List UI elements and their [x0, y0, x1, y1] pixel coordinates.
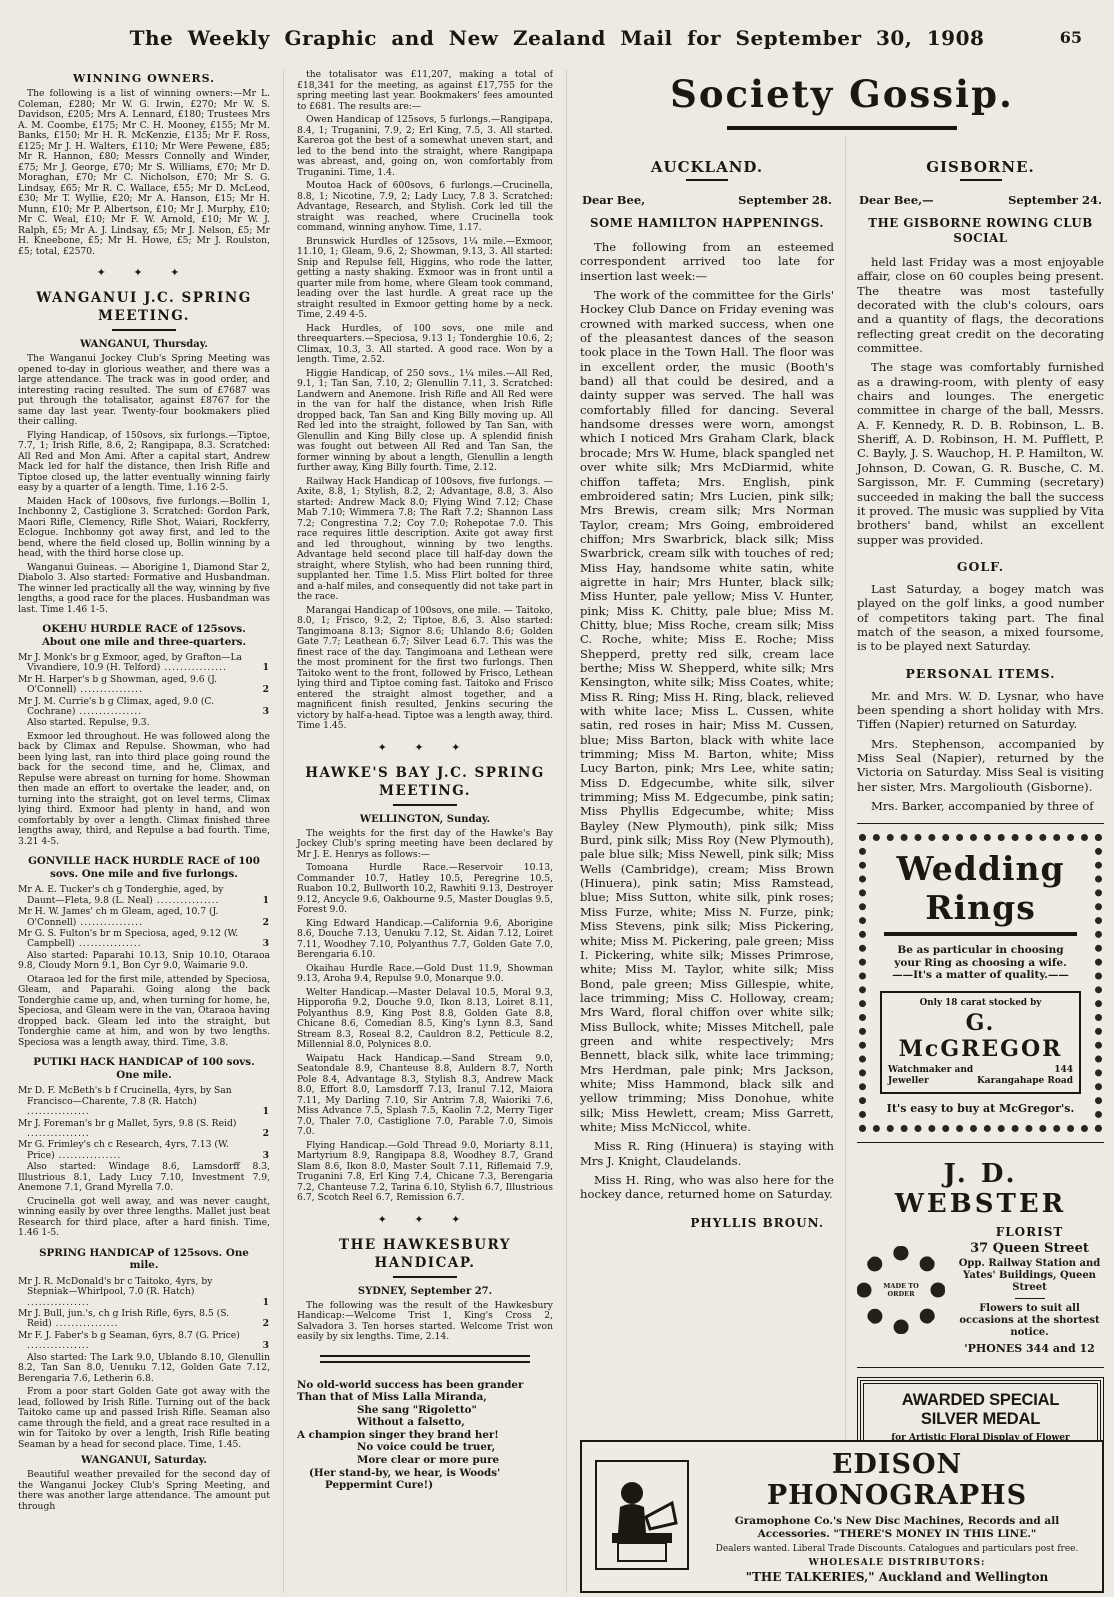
column-racing-1: WINNING OWNERS. The following is a list … [18, 70, 270, 1593]
verse-line: No old-world success has been grander [297, 1379, 553, 1392]
society-gossip-title: Society Gossip. [580, 72, 1104, 116]
thick-rule [884, 932, 1077, 936]
paragraph: The stage was comfortably furnished as a… [857, 360, 1104, 546]
okehu-race-heading: OKEHU HURDLE RACE of 125sovs. About one … [24, 623, 264, 648]
paragraph: Flying Handicap.—Gold Thread 9.0, Moriar… [297, 1141, 553, 1204]
dot-leader [75, 938, 142, 949]
spring-handicap-heading: SPRING HANDICAP of 125sovs. One mile. [24, 1247, 264, 1272]
hawkesbury-heading: THE HAWKESBURY HANDICAP. [297, 1236, 553, 1272]
woods-peppermint-verse: No old-world success has been grander Th… [297, 1379, 553, 1492]
advert-copy-line: ——It's a matter of quality.—— [878, 969, 1083, 982]
verse-line: More clear or more pure [297, 1454, 553, 1467]
salutation-line: Dear Bee,— September 24. [859, 193, 1102, 207]
hawkes-bay-heading: HAWKE'S BAY J.C. SPRING MEETING. [297, 764, 553, 800]
advert-title: Wedding Rings [878, 849, 1083, 927]
paragraph: Welter Handicap.—Master Delaval 10.5, Mo… [297, 988, 553, 1051]
heading-rule [393, 804, 457, 806]
heading-rule [112, 329, 176, 331]
newspaper-page: The Weekly Graphic and New Zealand Mail … [0, 0, 1114, 1597]
race-result-entry: Mr H. W. James' ch m Gleam, aged, 10.7 (… [18, 907, 270, 928]
dot-leader [27, 1106, 90, 1117]
silver-medal-advert: AWARDED SPECIAL SILVER MEDAL for Artisti… [860, 1380, 1101, 1440]
florist-role: FLORIST [955, 1225, 1104, 1239]
florist-details: FLORIST 37 Queen Street Opp. Railway Sta… [955, 1225, 1104, 1355]
paragraph: Mrs. Barker, accompanied by three of [857, 799, 1104, 813]
correspondent-signature: PHYLLIS BROUN. [580, 1216, 824, 1230]
golf-heading: GOLF. [857, 559, 1104, 574]
personal-items-heading: PERSONAL ITEMS. [857, 666, 1104, 681]
advert-copy: for Artistic Floral Display of Flower Bo… [873, 1433, 1088, 1440]
race-result-entry: Mr J. R. McDonald's br c Taitoko, 4yrs, … [18, 1277, 270, 1308]
page-number: 65 [1060, 28, 1082, 47]
paragraph: Wanganui Guineas. — Aborigine 1, Diamond… [18, 563, 270, 616]
heading-rule [960, 179, 1002, 181]
paragraph: Last Saturday, a bogey match was played … [857, 582, 1104, 654]
dot-leader [76, 684, 143, 695]
dot-leader [27, 1128, 90, 1139]
paragraph: The Wanganui Jockey Club's Spring Meetin… [18, 354, 270, 428]
masthead-title: The Weekly Graphic and New Zealand Mail … [0, 26, 1114, 50]
race-result-entry: Mr J. M. Currie's b g Climax, aged, 9.0 … [18, 697, 270, 718]
dot-leader [76, 917, 143, 928]
letter-date: September 24. [1008, 193, 1102, 207]
paragraph: Marangai Handicap of 100sovs, one mile. … [297, 606, 553, 732]
wanganui-meeting-heading: WANGANUI J.C. SPRING MEETING. [18, 289, 270, 325]
cross-ornament: ✦ ✦ ✦ [297, 1213, 553, 1226]
salutation: Dear Bee,— [859, 193, 934, 207]
heading-rule [393, 1276, 457, 1278]
paragraph: Crucinella got well away, and was never … [18, 1197, 270, 1239]
jeweller-address: 144Karangahape Road [977, 1065, 1073, 1087]
verse-line: She sang "Rigoletto" [297, 1404, 553, 1417]
advert-copy-line: your Ring as choosing a wife. [878, 957, 1083, 970]
paragraph: held last Friday was a most enjoyable af… [857, 255, 1104, 355]
paragraph: Beautiful weather prevailed for the seco… [18, 1470, 270, 1512]
race-result-entry: Mr G. Frimley's ch c Research, 4yrs, 7.1… [18, 1140, 270, 1161]
florist-name: J. D. WEBSTER [857, 1159, 1104, 1219]
race-result-entry: Mr H. Harper's b g Showman, aged, 9.6 (J… [18, 675, 270, 696]
winning-owners-body: The following is a list of winning owner… [18, 89, 270, 257]
paragraph: Waipatu Hack Handicap.—Sand Stream 9.0, … [297, 1054, 553, 1138]
putiki-race-heading: PUTIKI HACK HANDICAP of 100 sovs. One mi… [24, 1056, 264, 1081]
dot-leader [27, 1297, 90, 1308]
paragraph: the totalisator was £11,207, making a to… [297, 70, 553, 112]
dot-leader [55, 1150, 122, 1161]
column-auckland: AUCKLAND. Dear Bee, September 28. SOME H… [580, 136, 834, 1440]
column-gisborne: GISBORNE. Dear Bee,— September 24. THE G… [845, 136, 1104, 1440]
paragraph: Moutoa Hack of 600sovs, 6 furlongs.—Cruc… [297, 181, 553, 234]
dateline-thursday: WANGANUI, Thursday. [18, 339, 270, 350]
paragraph: The following was the result of the Hawk… [297, 1301, 553, 1343]
hamilton-happenings-subhead: SOME HAMILTON HAPPENINGS. [580, 216, 834, 231]
distributors-label: WHOLESALE DISTRIBUTORS: [704, 1558, 1090, 1568]
columns: WINNING OWNERS. The following is a list … [18, 70, 1104, 1593]
paragraph: Owen Handicap of 125sovs, 5 furlongs.—Ra… [297, 115, 553, 178]
florist-address: 37 Queen Street [955, 1241, 1104, 1256]
paragraph: Higgie Handicap, of 250 sovs., 1¼ miles.… [297, 369, 553, 474]
florist-copy: Flowers to suit all occasions at the sho… [955, 1303, 1104, 1339]
dateline-sydney: SYDNEY, September 27. [297, 1286, 553, 1297]
paragraph: King Edward Handicap.—California 9.6, Ab… [297, 919, 553, 961]
advert-title: AWARDED SPECIAL SILVER MEDAL [873, 1391, 1088, 1429]
dateline-wellington: WELLINGTON, Sunday. [297, 814, 553, 825]
paragraph: Brunswick Hurdles of 125sovs, 1¼ mile.—E… [297, 237, 553, 321]
dateline-saturday: WANGANUI, Saturday. [18, 1455, 270, 1466]
florist-phones: 'PHONES 344 and 12 [955, 1342, 1104, 1355]
dot-leader [153, 895, 220, 906]
paragraph: Miss R. Ring (Hinuera) is staying with M… [580, 1139, 834, 1168]
paragraph: Flying Handicap, of 150sovs, six furlong… [18, 431, 270, 494]
cross-ornament: ✦ ✦ ✦ [297, 741, 553, 754]
race-result-entry: Mr J. Monk's br g Exmoor, aged, by Graft… [18, 653, 270, 674]
paragraph: Exmoor led throughout. He was followed a… [18, 732, 270, 848]
paragraph: Maiden Hack of 100sovs, five furlongs.—B… [18, 497, 270, 560]
race-result-entry: Mr A. E. Tucker's ch g Tonderghie, aged,… [18, 885, 270, 906]
race-result-entry: Mr F. J. Faber's b g Seaman, 6yrs, 8.7 (… [18, 1331, 270, 1352]
also-started: Also started. Repulse, 9.3. [18, 718, 270, 729]
double-rule [320, 1355, 530, 1363]
paragraph: Tomoana Hurdle Race.—Reservoir 10.13, Co… [297, 863, 553, 916]
gisborne-heading: GISBORNE. [857, 158, 1104, 176]
advert-title: EDISON PHONOGRAPHS [704, 1449, 1090, 1511]
paragraph: From a poor start Golden Gate got away w… [18, 1387, 270, 1450]
dot-leader [75, 706, 142, 717]
wedding-rings-advert: Wedding Rings Be as particular in choosi… [859, 834, 1102, 1132]
verse-line: No voice could be truer, [297, 1441, 553, 1454]
webster-florist-advert: J. D. WEBSTER MADE TO ORDER FLORIST 37 Q… [857, 1153, 1104, 1357]
wreath-logo-icon: MADE TO ORDER [857, 1246, 945, 1334]
paragraph: Railway Hack Handicap of 100sovs, five f… [297, 477, 553, 603]
advert-divider-rule [857, 823, 1104, 824]
dot-leader [52, 1318, 119, 1329]
auckland-heading: AUCKLAND. [580, 158, 834, 176]
advert-copy: Dealers wanted. Liberal Trade Discounts.… [704, 1544, 1090, 1555]
winning-owners-heading: WINNING OWNERS. [18, 72, 270, 85]
race-result-entry: Mr G. S. Fulton's br m Speciosa, aged, 9… [18, 929, 270, 950]
advert-copy-line: Be as particular in choosing [878, 944, 1083, 957]
paragraph: The work of the committee for the Girls'… [580, 288, 834, 1134]
society-gossip-section: Society Gossip. AUCKLAND. Dear Bee, Sept… [566, 70, 1104, 1593]
gossip-title-rule [727, 126, 957, 130]
also-started: Also started: The Lark 9.0, Ublando 8.10… [18, 1353, 270, 1385]
tiny-rule [1015, 1298, 1045, 1299]
verse-line: A champion singer they brand her! [297, 1429, 553, 1442]
phonograph-illustration-icon [594, 1459, 690, 1575]
rowing-club-subhead: THE GISBORNE ROWING CLUB SOCIAL [857, 216, 1104, 246]
paragraph: Okaihau Hurdle Race.—Gold Dust 11.9, Sho… [297, 964, 553, 985]
paragraph: Hack Hurdles, of 100 sovs, one mile and … [297, 324, 553, 366]
edison-phonographs-advert: EDISON PHONOGRAPHS Gramophone Co.'s New … [580, 1440, 1104, 1593]
advert-copy: Gramophone Co.'s New Disc Machines, Reco… [704, 1515, 1090, 1541]
jeweller-role: Watchmaker andJeweller [888, 1065, 973, 1087]
race-result-entry: Mr J. Foreman's br g Mallet, 5yrs, 9.8 (… [18, 1119, 270, 1140]
paragraph: The weights for the first day of the Haw… [297, 829, 553, 861]
verse-line: Without a falsetto, [297, 1416, 553, 1429]
dot-leader [160, 662, 227, 673]
paragraph: Miss H. Ring, who was also here for the … [580, 1173, 834, 1202]
stock-note: Only 18 carat stocked by [888, 998, 1073, 1008]
jeweller-details: Watchmaker andJeweller 144Karangahape Ro… [888, 1065, 1073, 1087]
gossip-columns: AUCKLAND. Dear Bee, September 28. SOME H… [580, 136, 1104, 1440]
florist-location-note: Opp. Railway Station and Yates' Building… [955, 1258, 1104, 1294]
advert-divider-rule [857, 1367, 1104, 1368]
jeweller-name: G. McGREGOR [888, 1010, 1073, 1062]
advert-copy: Be as particular in choosing your Ring a… [878, 944, 1083, 982]
wreath-logo-text: MADE TO ORDER [872, 1282, 930, 1298]
also-started: Also started: Windage 8.6, Lamsdorff 8.3… [18, 1162, 270, 1194]
gonville-race-heading: GONVILLE HACK HURDLE RACE of 100 sovs. O… [24, 855, 264, 880]
race-result-entry: Mr J. Bull, jun.'s, ch g Irish Rifle, 6y… [18, 1309, 270, 1330]
verse-line: Than that of Miss Lalla Miranda, [297, 1391, 553, 1404]
salutation: Dear Bee, [582, 193, 645, 207]
paragraph: Otaraoa led for the first mile, attended… [18, 975, 270, 1049]
cross-ornament: ✦ ✦ ✦ [18, 266, 270, 279]
salutation-line: Dear Bee, September 28. [582, 193, 832, 207]
paragraph: Mrs. Stephenson, accompanied by Miss Sea… [857, 737, 1104, 794]
letter-date: September 28. [738, 193, 832, 207]
dot-leader [27, 1340, 90, 1351]
jeweller-box: Only 18 carat stocked by G. McGREGOR Wat… [880, 991, 1081, 1094]
heading-rule [686, 179, 728, 181]
paragraph: Mr. and Mrs. W. D. Lysnar, who have been… [857, 689, 1104, 732]
advert-divider-rule [857, 1142, 1104, 1143]
race-result-entry: Mr D. F. McBeth's b f Crucinella, 4yrs, … [18, 1086, 270, 1117]
distributor-name: "THE TALKERIES," Auckland and Wellington [704, 1570, 1090, 1584]
verse-line: (Her stand-by, we hear, is Woods' Pepper… [297, 1467, 553, 1492]
column-racing-2: the totalisator was £11,207, making a to… [283, 70, 553, 1593]
paragraph: The following from an esteemed correspon… [580, 240, 834, 283]
also-started: Also started: Paparahi 10.13, Snip 10.10… [18, 951, 270, 972]
advert-tagline: It's easy to buy at McGregor's. [878, 1102, 1083, 1115]
